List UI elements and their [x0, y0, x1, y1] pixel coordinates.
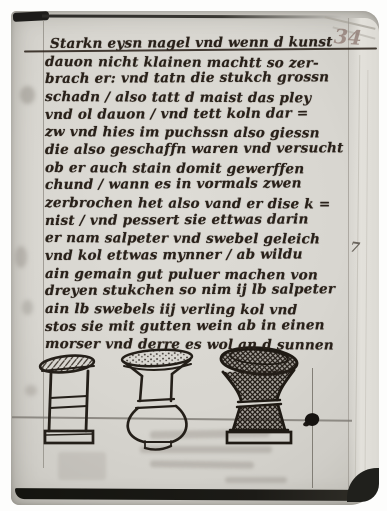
text-line: vnd ol dauon / vnd tett koln dar =	[45, 105, 375, 125]
text-line: die also geschaffn waren vnd versucht	[45, 140, 375, 160]
show-through-text	[58, 452, 106, 480]
text-line: vnd kol ettwas mynner / ab wildu	[45, 246, 375, 266]
text-line: brach er: vnd tatn die stukch grossn	[45, 69, 375, 89]
right-vessel-hatched-goblet	[220, 345, 298, 443]
show-through-text	[225, 477, 287, 483]
left-vessel-cylindrical-mortar	[39, 353, 94, 443]
text-block: Starkn eysn nagel vnd wenn d kunst dauon…	[45, 36, 375, 354]
book-edge-bottom	[15, 488, 357, 501]
text-line: morser vnd derre es wol an d sunnen	[45, 336, 375, 355]
text-line: stos sie mit gutten wein ab in einen	[45, 316, 375, 336]
vessel-drawings	[35, 342, 307, 454]
scanned-manuscript-photo: Starkn eysn nagel vnd wenn d kunst dauon…	[0, 0, 387, 511]
folio-number: 34	[333, 24, 362, 50]
show-through-text	[150, 460, 254, 468]
margin-mark: 7	[349, 239, 361, 256]
rule-vertical-lower	[312, 368, 313, 488]
text-line: nist / vnd pessert sie ettwas darin	[45, 211, 375, 231]
ink-smudge	[15, 246, 27, 268]
middle-vessel-waisted-jar	[122, 348, 193, 449]
text-line: dreyen stukchen so nim ij lb salpeter	[45, 281, 375, 301]
ink-smudge	[20, 86, 35, 104]
ink-smudge	[22, 300, 33, 315]
text-line: chund / wann es in vormals zwen	[45, 175, 375, 195]
